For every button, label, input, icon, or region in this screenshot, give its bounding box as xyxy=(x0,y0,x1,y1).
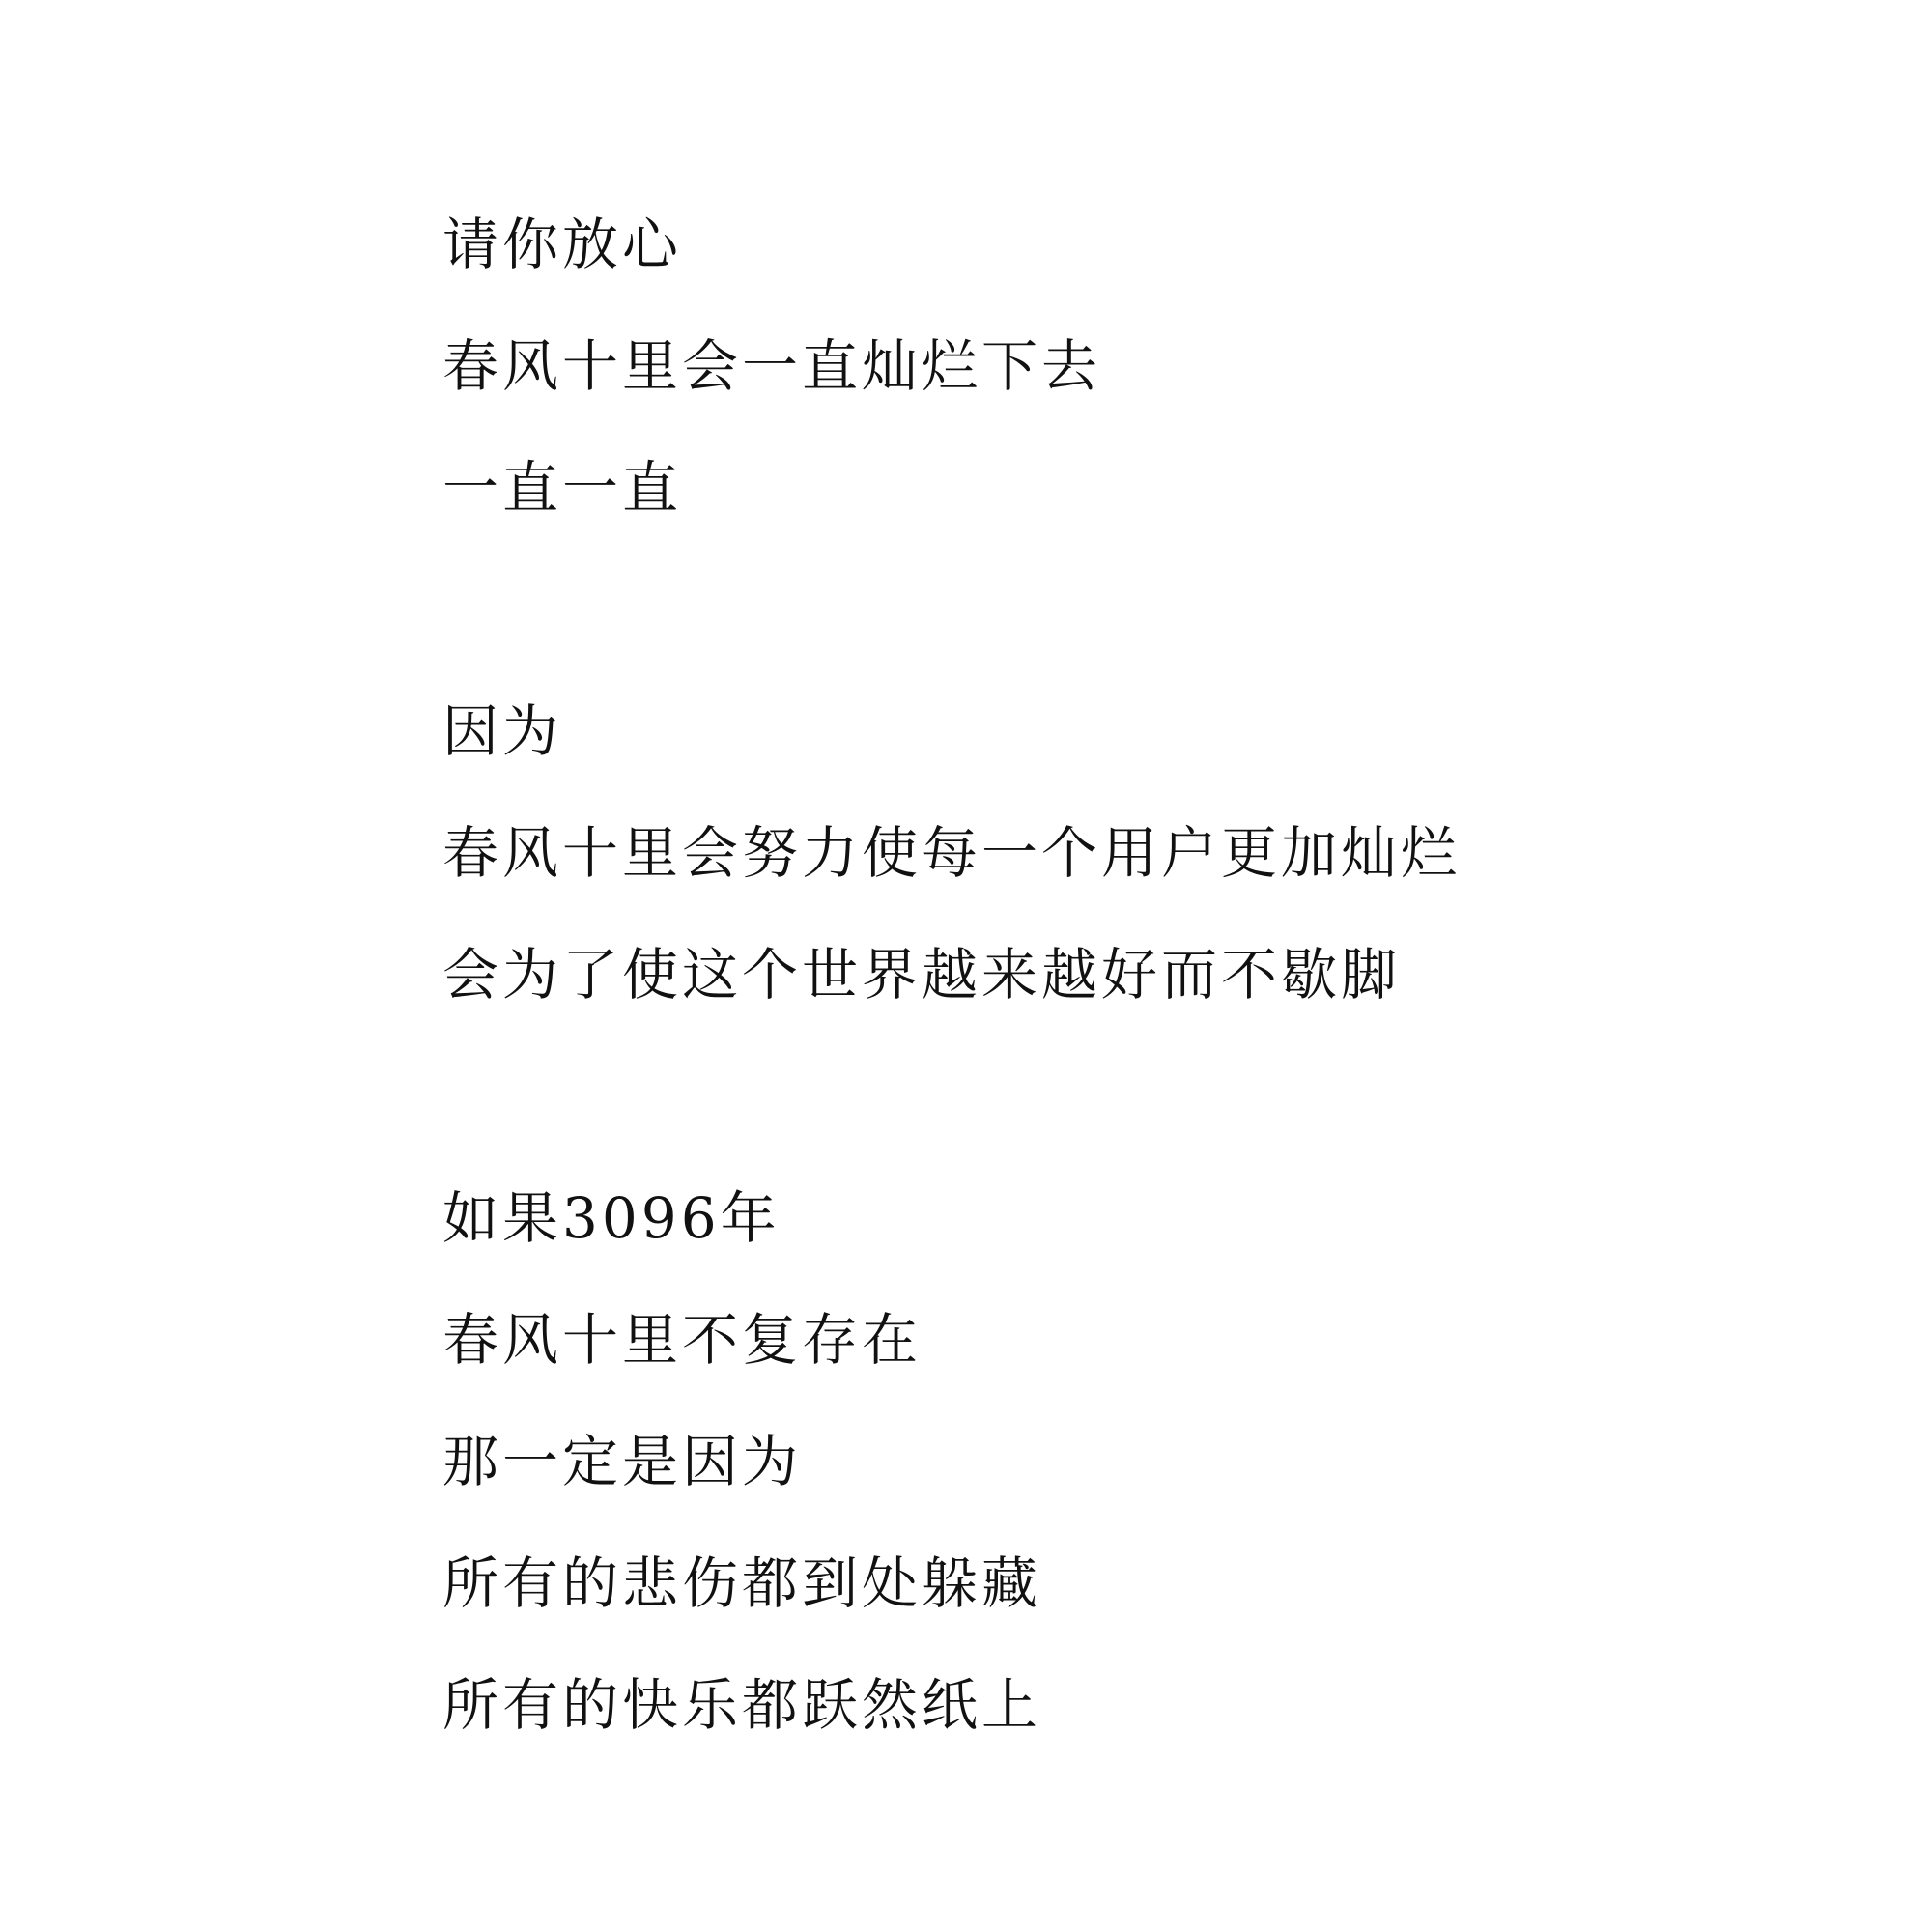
poem-line: 会为了使这个世界越来越好而不歇脚 xyxy=(442,914,1795,1036)
stanza-1: 请你放心 春风十里会一直灿烂下去 一直一直 xyxy=(442,184,1795,549)
poem-line: 请你放心 xyxy=(442,184,1795,305)
poem-line: 春风十里不复存在 xyxy=(442,1279,1795,1401)
poem-line: 春风十里会一直灿烂下去 xyxy=(442,305,1795,427)
poem-line: 春风十里会努力使每一个用户更加灿烂 xyxy=(442,792,1795,914)
poem-line: 那一定是因为 xyxy=(442,1401,1795,1522)
poem: 请你放心 春风十里会一直灿烂下去 一直一直 因为 春风十里会努力使每一个用户更加… xyxy=(442,184,1795,1888)
stanza-3: 如果3096年 春风十里不复存在 那一定是因为 所有的悲伤都到处躲藏 所有的快乐… xyxy=(442,1157,1795,1766)
poem-line: 所有的快乐都跃然纸上 xyxy=(442,1644,1795,1766)
poem-line: 一直一直 xyxy=(442,427,1795,549)
poem-line: 如果3096年 xyxy=(442,1157,1795,1279)
stanza-2: 因为 春风十里会努力使每一个用户更加灿烂 会为了使这个世界越来越好而不歇脚 xyxy=(442,670,1795,1036)
poem-line: 所有的悲伤都到处躲藏 xyxy=(442,1522,1795,1644)
poem-line: 因为 xyxy=(442,670,1795,792)
